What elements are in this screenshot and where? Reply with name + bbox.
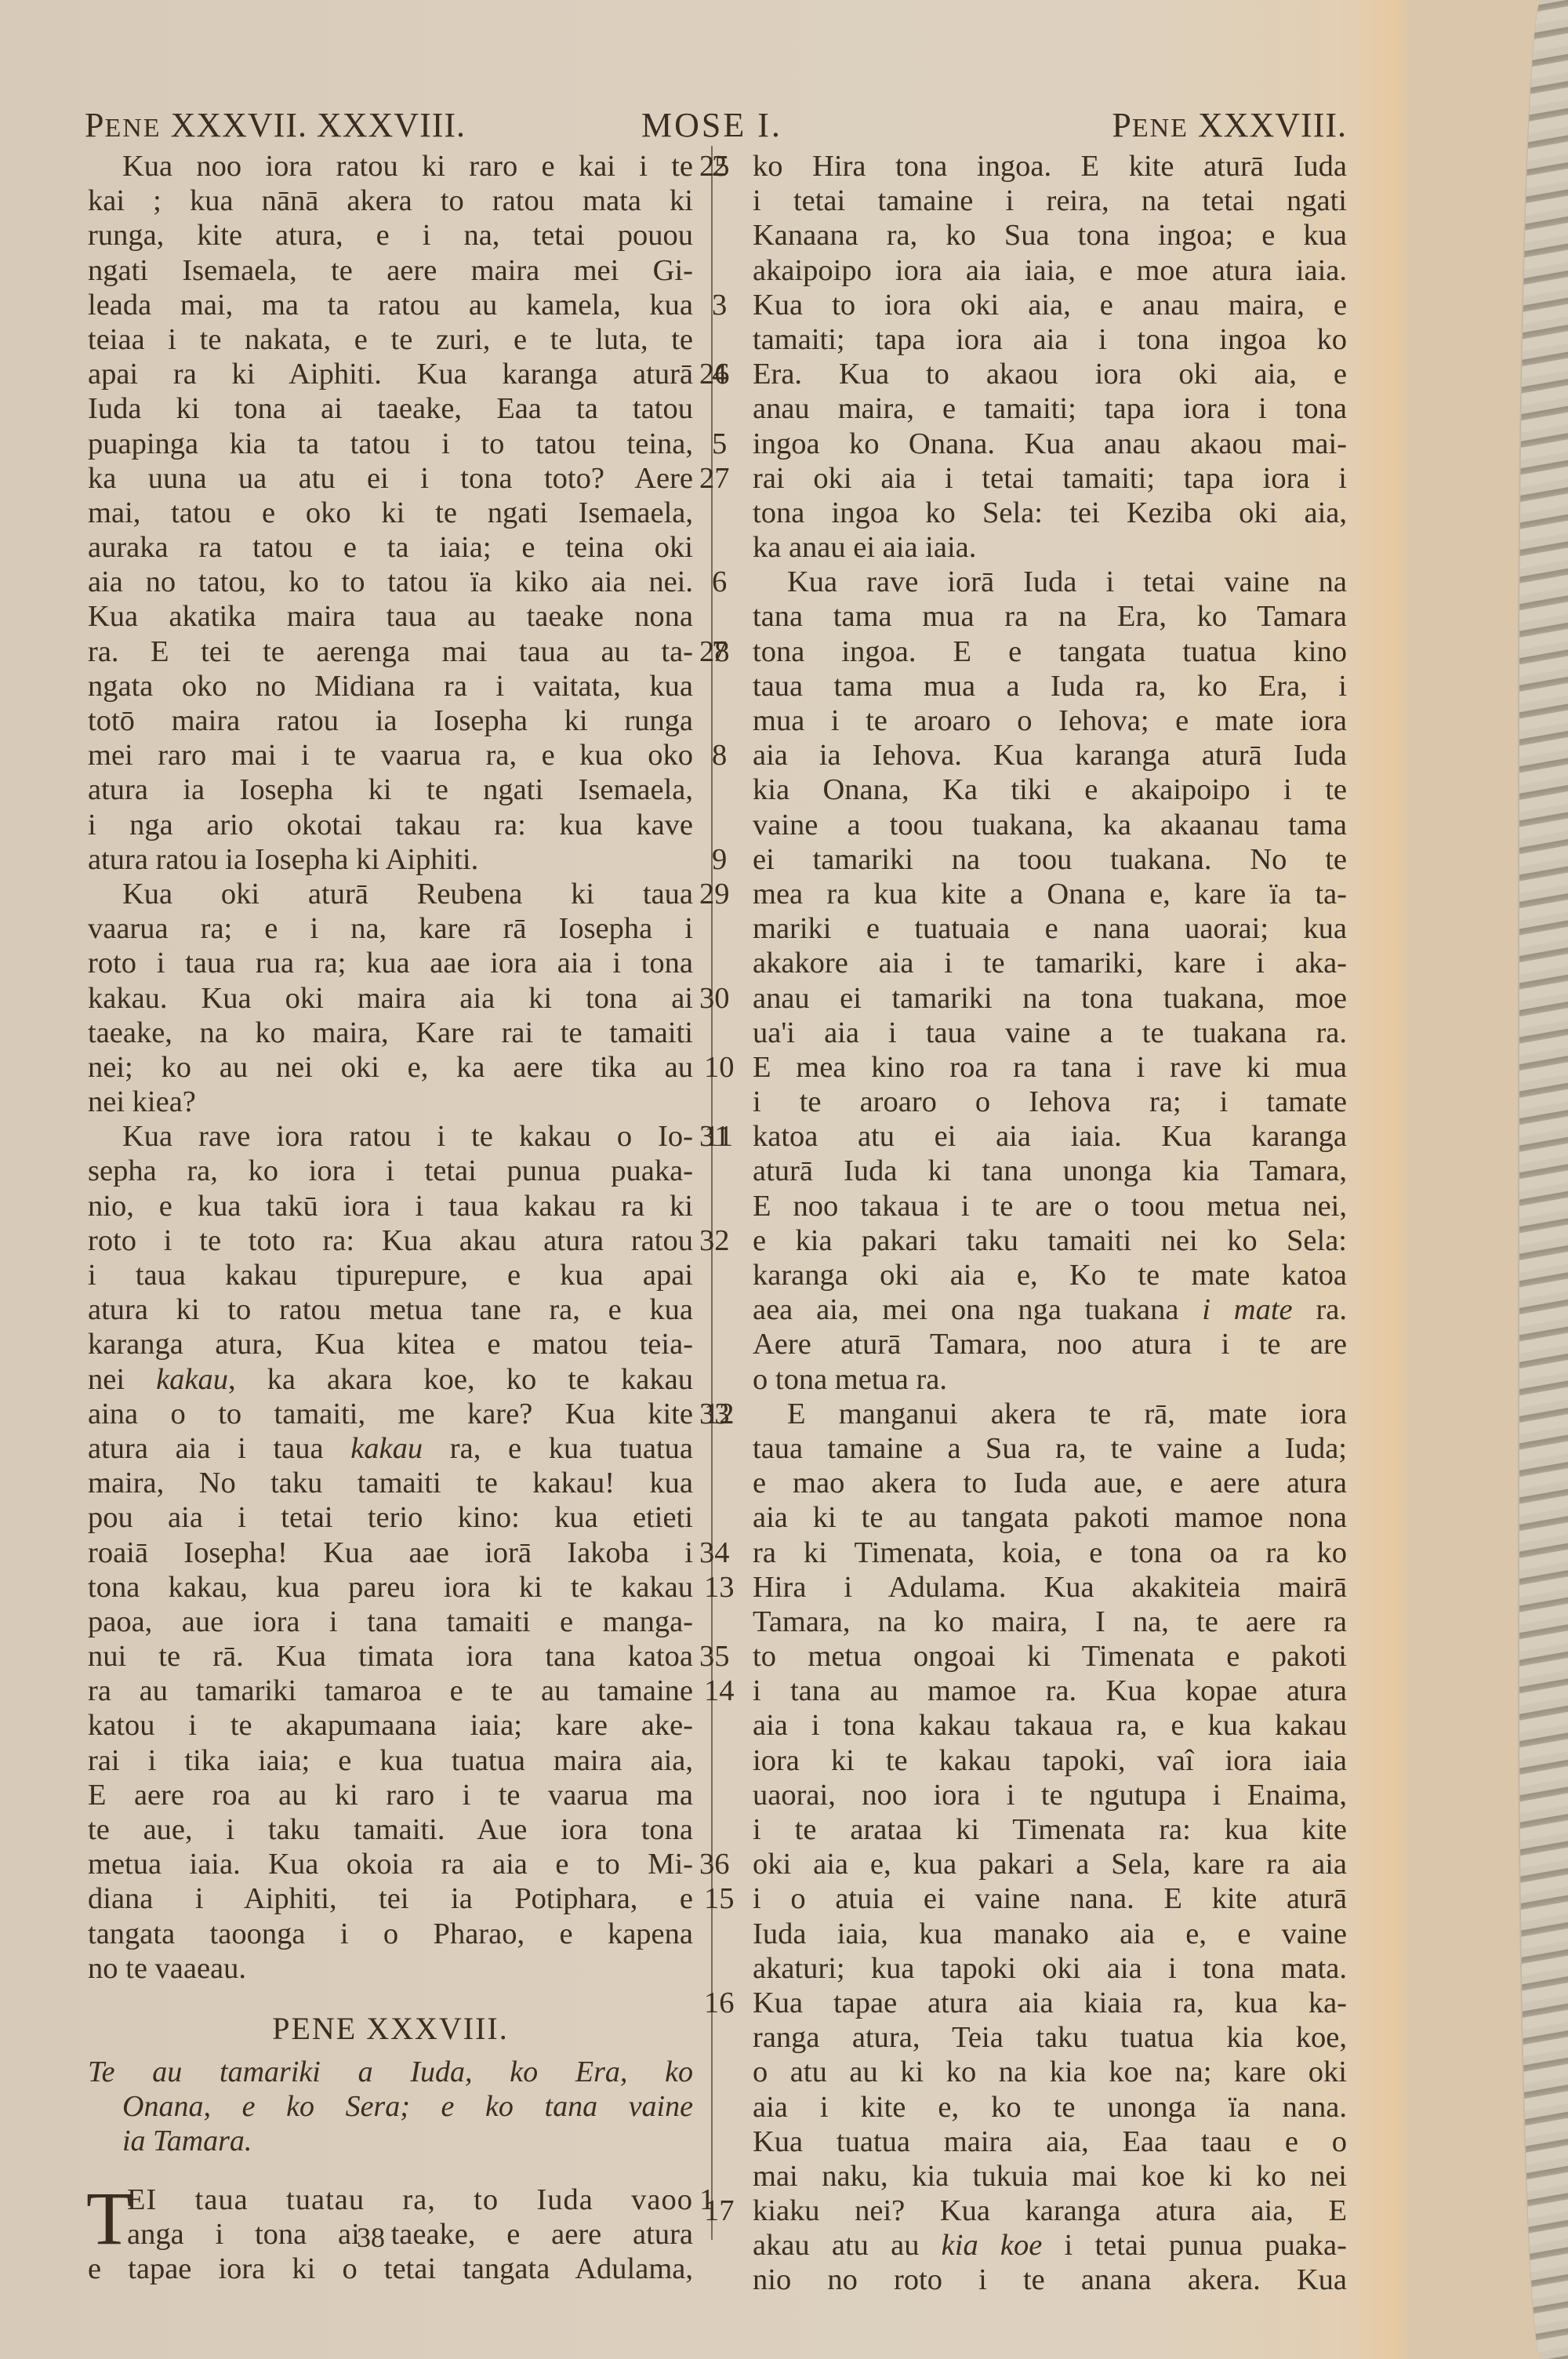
text-line: akaipoipo iora aia iaia, e moe atura iai…	[753, 253, 1347, 288]
text-line: ra ki Timenata, koia, e tona oa ra ko	[753, 1536, 1347, 1570]
text-line: atura ratou ia Iosepha ki Aiphiti.	[88, 842, 693, 877]
text-line: Aere aturā Tamara, noo atura i te are	[753, 1327, 1347, 1361]
italic-emphasis: kakau	[156, 1363, 228, 1396]
verse-line: aia ia Iehova. Kua karanga aturā Iuda8	[753, 738, 1347, 772]
line-text: kiaku nei? Kua karanga atura aia, E	[753, 2194, 1347, 2228]
text-line: nio, e kua takū iora i taua kakau ra ki	[88, 1189, 693, 1223]
line-text: iora ki te kakau tapoki, vaî iora iaia	[753, 1743, 1347, 1778]
text-line: tangata taoonga i o Pharao, e kapena	[88, 1917, 693, 1951]
text-line: roto i taua rua ra; kua aae iora aia i t…	[88, 946, 693, 980]
text-line: kai ; kua nānā akera to ratou mata ki	[88, 184, 693, 218]
line-text: Hira i Adulama. Kua akakiteia mairā	[753, 1570, 1347, 1605]
right-column: ko Hira tona ingoa. E kite aturā Iuda2i …	[753, 149, 1347, 2298]
text-line: tona ingoa ko Sela: tei Keziba oki aia,	[753, 496, 1347, 530]
text-line: tona kakau, kua pareu iora ki te kakau	[88, 1570, 693, 1605]
line-text: aia no tatou, ko to tatou ïa kiko aia ne…	[88, 565, 693, 599]
line-text: anga i tona ai taeake, e aere atura	[127, 2217, 693, 2252]
line-text: Kua rave iora ratou i te kakau o Io-	[122, 1119, 693, 1154]
verse-line: ko Hira tona ingoa. E kite aturā Iuda2	[753, 149, 1347, 184]
chapter-summary: Te au tamariki a Iuda, ko Era, koOnana, …	[88, 2055, 693, 2159]
line-text: rai oki aia i tetai tamaiti; tapa iora i	[753, 461, 1347, 496]
text-line: auraka ra tatou e ta iaia; e teina oki	[88, 530, 693, 565]
text-line: taeake, na ko maira, Kare rai te tamaiti	[88, 1016, 693, 1050]
line-text: paoa, aue iora i tana tamaiti e manga-	[88, 1605, 693, 1639]
line-text: E mea kino roa ra tana i rave ki mua	[753, 1050, 1347, 1085]
line-text: akaturi; kua tapoki oki aia i tona mata.	[753, 1951, 1347, 1986]
line-text: runga, kite atura, e i na, tetai pouou	[88, 218, 693, 253]
line-text: E aere roa au ki raro i te vaarua ma	[88, 1778, 693, 1812]
line-text: taua tamaine a Sua ra, te vaine a Iuda;	[753, 1431, 1347, 1466]
text-line: E aere roa au ki raro i te vaarua ma	[88, 1778, 693, 1812]
line-text: atura aia i taua kakau ra, e kua tuatua	[88, 1431, 693, 1466]
line-text: i tetai tamaine i reira, na tetai ngati	[753, 184, 1347, 218]
line-text: o atu au ki ko na kia koe na; kare oki	[753, 2055, 1347, 2089]
verse-number: 7	[712, 634, 743, 669]
line-text: Kua rave iorā Iuda i tetai vaine na	[787, 565, 1347, 599]
text-line: aia ki te au tangata pakoti mamoe nona	[753, 1500, 1347, 1535]
line-text: karanga oki aia e, Ko te mate katoa	[753, 1258, 1347, 1292]
text-line: karanga atura, Kua kitea e matou teia-	[88, 1327, 693, 1361]
text-line: e tapae iora ki o tetai tangata Adulama,	[88, 2252, 693, 2286]
line-text: tamaiti; tapa iora aia i tona ingoa ko	[753, 322, 1347, 357]
verse-line: i o atuia ei vaine nana. E kite aturā15	[753, 1881, 1347, 1916]
verse-number: 5	[712, 427, 743, 461]
line-text: ngati Isemaela, te aere maira mei Gi-	[88, 253, 693, 288]
verse-number: 16	[704, 1986, 743, 2020]
verse-line: Kua to iora oki aia, e anau maira, e3	[753, 288, 1347, 322]
text-line: te aue, i taku tamaiti. Aue iora tona	[88, 1812, 693, 1847]
text-line: uaorai, noo iora i te ngutupa i Enaima,	[753, 1778, 1347, 1812]
verse-line: roto i te toto ra: Kua akau atura ratou3…	[88, 1223, 693, 1258]
line-text: ko Hira tona ingoa. E kite aturā Iuda	[753, 149, 1347, 184]
right-running-head: PENE XXXVIII.	[1112, 102, 1347, 152]
line-text: apai ra ki Aiphiti. Kua karanga aturā	[88, 357, 693, 391]
line-text: teiaa i te nakata, e te zuri, e te luta,…	[88, 322, 693, 357]
verse-line: ingoa ko Onana. Kua anau akaou mai-5	[753, 427, 1347, 461]
text-line: Tamara, na ko maira, I na, te aere ra	[753, 1605, 1347, 1639]
text-line: ngati Isemaela, te aere maira mei Gi-	[88, 253, 693, 288]
text-line: anga i tona ai taeake, e aere atura	[88, 2217, 693, 2252]
line-text: mei raro mai i te vaarua ra, e kua oko	[88, 738, 693, 772]
verse-number: 29	[699, 877, 739, 911]
verse-line: apai ra ki Aiphiti. Kua karanga aturā26	[88, 357, 693, 391]
text-line: ua'i aia i taua vaine a te tuakana ra.	[753, 1016, 1347, 1050]
line-text: ngata oko no Midiana ra i vaitata, kua	[88, 669, 693, 703]
text-line: kia Onana, Ka tiki e akaipoipo i te	[753, 772, 1347, 807]
text-line: Iuda iaia, kua manako aia e, e vaine	[753, 1917, 1347, 1951]
text-line: ngata oko no Midiana ra i vaitata, kua	[88, 669, 693, 703]
line-text: Kua to iora oki aia, e anau maira, e	[753, 288, 1347, 322]
line-text: nei; ko au nei oki e, ka aere tika au	[88, 1050, 693, 1085]
line-text: akau atu au kia koe i tetai punua puaka-	[753, 2228, 1347, 2263]
line-text: aia ia Iehova. Kua karanga aturā Iuda	[753, 738, 1347, 772]
line-text: E manganui akera te rā, mate iora	[787, 1397, 1347, 1431]
text-line: anau ei tamariki na tona tuakana, moe	[753, 981, 1347, 1016]
line-text: te aue, i taku tamaiti. Aue iora tona	[88, 1812, 693, 1847]
line-text: Era. Kua to akaou iora oki aia, e	[753, 357, 1347, 391]
text-line: i taua kakau tipurepure, e kua apai	[88, 1258, 693, 1292]
line-text: Tamara, na ko maira, I na, te aere ra	[753, 1605, 1347, 1639]
verse-number: 2	[712, 149, 743, 184]
verse-line: Kua tapae atura aia kiaia ra, kua ka-16	[753, 1986, 1347, 2020]
verse-number: 13	[704, 1570, 743, 1605]
verse-number: 8	[712, 738, 743, 772]
line-text: kia Onana, Ka tiki e akaipoipo i te	[753, 772, 1347, 807]
text-line: tana tama mua ra na Era, ko Tamara	[753, 599, 1347, 634]
line-text: atura ratou ia Iosepha ki Aiphiti.	[88, 842, 693, 877]
line-text: Kua noo iora ratou ki raro e kai i te	[122, 149, 693, 184]
text-line: i tetai tamaine i reira, na tetai ngati	[753, 184, 1347, 218]
verse-line: ra. E tei te aerenga mai taua au ta-28	[88, 634, 693, 669]
verse-line: kiaku nei? Kua karanga atura aia, E17	[753, 2194, 1347, 2228]
text-line: aturā Iuda ki tana unonga kia Tamara,	[753, 1154, 1347, 1188]
line-text: e kia pakari taku tamaiti nei ko Sela:	[753, 1223, 1347, 1258]
line-text: ka uuna ua atu ei i tona toto? Aere	[88, 461, 693, 496]
verse-line: aina o to tamaiti, me kare? Kua kite33	[88, 1397, 693, 1431]
line-text: ka anau ei aia iaia.	[753, 530, 1347, 565]
text-line: o tona metua ra.	[753, 1362, 1347, 1397]
text-line: aia i kite e, ko te unonga ïa nana.	[753, 2090, 1347, 2125]
line-text: taua tama mua a Iuda ra, ko Era, i	[753, 669, 1347, 703]
text-line: totō maira ratou ia Iosepha ki runga	[88, 703, 693, 738]
line-text: tona ingoa. E e tangata tuatua kino	[753, 634, 1347, 669]
line-text: Kua akatika maira taua au taeake nona	[88, 599, 693, 634]
line-text: ra au tamariki tamaroa e te au tamaine	[88, 1674, 693, 1708]
line-text: oki aia e, kua pakari a Sela, kare ra ai…	[753, 1847, 1347, 1881]
line-text: aina o to tamaiti, me kare? Kua kite	[88, 1397, 693, 1431]
line-text: puapinga kia ta tatou i to tatou teina,	[88, 427, 693, 461]
text-line: i te arataa ki Timenata ra: kua kite	[753, 1812, 1347, 1847]
line-text: katou i te akapumaana iaia; kare ake-	[88, 1708, 693, 1743]
line-text: Kua tapae atura aia kiaia ra, kua ka-	[753, 1986, 1347, 2020]
verse-line: Kua rave iorā Iuda i tetai vaine na6	[753, 565, 1347, 599]
text-line: ranga atura, Teia taku tuatua kia koe,	[753, 2020, 1347, 2055]
line-text: atura ki to ratou metua tane ra, e kua	[88, 1292, 693, 1327]
line-text: i te aroaro o Iehova ra; i tamate	[753, 1085, 1347, 1119]
line-text: aia ki te au tangata pakoti mamoe nona	[753, 1500, 1347, 1535]
page-edge-stack	[1518, 0, 1568, 2359]
text-line: leada mai, ma ta ratou au kamela, kua	[88, 288, 693, 322]
text-line: taua tama mua a Iuda ra, ko Era, i	[753, 669, 1347, 703]
text-line: no te vaaeau.	[88, 1951, 693, 1986]
verse-number: 32	[699, 1223, 739, 1258]
line-text: akaipoipo iora aia iaia, e moe atura iai…	[753, 253, 1347, 288]
text-line: ka anau ei aia iaia.	[753, 530, 1347, 565]
text-line: akaturi; kua tapoki oki aia i tona mata.	[753, 1951, 1347, 1986]
line-text: tangata taoonga i o Pharao, e kapena	[88, 1917, 693, 1951]
line-text: anau ei tamariki na tona tuakana, moe	[753, 981, 1347, 1016]
verse-number: 35	[699, 1639, 739, 1674]
line-text: Iuda iaia, kua manako aia e, e vaine	[753, 1917, 1347, 1951]
text-line: nei kakau, ka akara koe, ko te kakau	[88, 1362, 693, 1397]
line-text: kakau. Kua oki maira aia ki tona ai	[88, 981, 693, 1016]
text-line: nio no roto i te anana akera. Kua	[753, 2263, 1347, 2297]
page-number: 38	[357, 2221, 385, 2254]
text-line: nei; ko au nei oki e, ka aere tika au	[88, 1050, 693, 1085]
text-line: Kua akatika maira taua au taeake nona	[88, 599, 693, 634]
line-text: rai i tika iaia; e kua tuatua maira aia,	[88, 1743, 693, 1778]
text-line: aea aia, mei ona nga tuakana i mate ra.	[753, 1292, 1347, 1327]
verse-number: 11	[704, 1119, 743, 1154]
summary-line: Te au tamariki a Iuda, ko Era, ko	[88, 2055, 693, 2089]
verse-number: 36	[699, 1847, 739, 1881]
text-line: mariki e tuatuaia e nana uaorai; kua	[753, 911, 1347, 946]
line-text: EI taua tuatau ra, to Iuda vaoo	[127, 2183, 693, 2217]
line-text: tana tama mua ra na Era, ko Tamara	[753, 599, 1347, 634]
verse-number: 15	[704, 1881, 743, 1916]
line-text: ingoa ko Onana. Kua anau akaou mai-	[753, 427, 1347, 461]
text-line: rai i tika iaia; e kua tuatua maira aia,	[88, 1743, 693, 1778]
line-text: tona kakau, kua pareu iora ki te kakau	[88, 1570, 693, 1605]
line-text: ra ki Timenata, koia, e tona oa ra ko	[753, 1536, 1347, 1570]
line-text: ra. E tei te aerenga mai taua au ta-	[88, 634, 693, 669]
line-text: aia i tona kakau takaua ra, e kua kakau	[753, 1708, 1347, 1743]
line-text: ei tamariki na toou tuakana. No te	[753, 842, 1347, 877]
text-line: akau atu au kia koe i tetai punua puaka-	[753, 2228, 1347, 2263]
verse-line: i tana au mamoe ra. Kua kopae atura14	[753, 1674, 1347, 1708]
text-line: i nga ario okotai takau ra: kua kave	[88, 808, 693, 842]
text-line: mai, tatou e oko ki te ngati Isemaela,	[88, 496, 693, 530]
line-text: i taua kakau tipurepure, e kua apai	[88, 1258, 693, 1292]
text-line: Kanaana ra, ko Sua tona ingoa; e kua	[753, 218, 1347, 253]
verse-line: roaiā Iosepha! Kua aae iorā Iakoba i34	[88, 1536, 693, 1570]
verse-number: 14	[704, 1674, 743, 1708]
text-line: nei kiea?	[88, 1085, 693, 1119]
summary-line: ia Tamara.	[88, 2124, 693, 2158]
line-text: ua'i aia i taua vaine a te tuakana ra.	[753, 1016, 1347, 1050]
line-text: aia i kite e, ko te unonga ïa nana.	[753, 2090, 1347, 2125]
line-text: totō maira ratou ia Iosepha ki runga	[88, 703, 693, 738]
verse-line: E manganui akera te rā, mate iora12	[753, 1397, 1347, 1431]
running-head-prefix: PENE	[85, 106, 162, 144]
text-line: ra au tamariki tamaroa e te au tamaine	[88, 1674, 693, 1708]
verse-line: EI taua tuatau ra, to Iuda vaoo1	[88, 2183, 693, 2217]
verse-line: kakau. Kua oki maira aia ki tona ai30	[88, 981, 693, 1016]
text-line: e mao akera to Iuda aue, e aere atura	[753, 1466, 1347, 1500]
text-line: pou aia i tetai terio kino: kua etieti	[88, 1500, 693, 1535]
left-column: Kua noo iora ratou ki raro e kai i te25k…	[88, 149, 693, 2286]
line-text: mai naku, kia tukuia mai koe ki ko nei	[753, 2159, 1347, 2194]
running-head-prefix: PENE	[1112, 106, 1189, 144]
line-text: aea aia, mei ona nga tuakana i mate ra.	[753, 1292, 1347, 1327]
text-line: maira, No taku tamaiti te kakau! kua	[88, 1466, 693, 1500]
line-text: aturā Iuda ki tana unonga kia Tamara,	[753, 1154, 1347, 1188]
line-text: Iuda ki tona ai taeake, Eaa ta tatou	[88, 391, 693, 426]
text-line: e kia pakari taku tamaiti nei ko Sela:	[753, 1223, 1347, 1258]
italic-emphasis: kia koe	[942, 2229, 1043, 2262]
line-text: i te arataa ki Timenata ra: kua kite	[753, 1812, 1347, 1847]
line-text: Kanaana ra, ko Sua tona ingoa; e kua	[753, 218, 1347, 253]
line-text: katoa atu ei aia iaia. Kua karanga	[753, 1119, 1347, 1154]
line-text: vaine a toou tuakana, ka akaanau tama	[753, 808, 1347, 842]
text-line: Iuda ki tona ai taeake, Eaa ta tatou	[88, 391, 693, 426]
chapter-opening: TEI taua tuatau ra, to Iuda vaoo1anga i …	[88, 2183, 693, 2287]
line-text: sepha ra, ko iora i tetai punua puaka-	[88, 1154, 693, 1188]
line-text: karanga atura, Kua kitea e matou teia-	[88, 1327, 693, 1361]
line-text: nui te rā. Kua timata iora tana katoa	[88, 1639, 693, 1674]
running-head-chapters: XXXVII. XXXVIII.	[171, 106, 466, 144]
line-text: i o atuia ei vaine nana. E kite aturā	[753, 1881, 1347, 1916]
text-line: puapinga kia ta tatou i to tatou teina,	[88, 427, 693, 461]
text-line: tamaiti; tapa iora aia i tona ingoa ko	[753, 322, 1347, 357]
text-line: aia no tatou, ko to tatou ïa kiko aia ne…	[88, 565, 693, 599]
summary-line: Onana, e ko Sera; e ko tana vaine	[88, 2089, 693, 2124]
text-line: atura ia Iosepha ki te ngati Isemaela,	[88, 772, 693, 807]
line-text: tona ingoa ko Sela: tei Keziba oki aia,	[753, 496, 1347, 530]
text-line: o atu au ki ko na kia koe na; kare oki	[753, 2055, 1347, 2089]
line-text: no te vaaeau.	[88, 1951, 693, 1986]
verse-line: ka uuna ua atu ei i tona toto? Aere27	[88, 461, 693, 496]
text-line: mei raro mai i te vaarua ra, e kua oko	[88, 738, 693, 772]
line-text: nio no roto i te anana akera. Kua	[753, 2263, 1347, 2297]
line-text: akakore aia i te tamariki, kare i aka-	[753, 946, 1347, 980]
verse-line: tona ingoa. E e tangata tuatua kino7	[753, 634, 1347, 669]
line-text: metua iaia. Kua okoia ra aia e to Mi-	[88, 1847, 693, 1881]
line-text: anau maira, e tamaiti; tapa iora i tona	[753, 391, 1347, 426]
verse-line: katoa atu ei aia iaia. Kua karanga11	[753, 1119, 1347, 1154]
italic-emphasis: kakau	[350, 1432, 423, 1465]
line-text: i tana au mamoe ra. Kua kopae atura	[753, 1674, 1347, 1708]
line-text: auraka ra tatou e ta iaia; e teina oki	[88, 530, 693, 565]
left-running-head: PENE XXXVII. XXXVIII.	[85, 102, 466, 152]
line-text: leada mai, ma ta ratou au kamela, kua	[88, 288, 693, 322]
line-text: atura ia Iosepha ki te ngati Isemaela,	[88, 772, 693, 807]
line-text: Kua tuatua maira aia, Eaa taau e o	[753, 2125, 1347, 2159]
text-line: mea ra kua kite a Onana e, kare ïa ta-	[753, 877, 1347, 911]
line-text: Aere aturā Tamara, noo atura i te are	[753, 1327, 1347, 1361]
verse-line: ei tamariki na toou tuakana. No te9	[753, 842, 1347, 877]
line-text: uaorai, noo iora i te ngutupa i Enaima,	[753, 1778, 1347, 1812]
line-text: roaiā Iosepha! Kua aae iorā Iakoba i	[88, 1536, 693, 1570]
verse-line: nui te rā. Kua timata iora tana katoa35	[88, 1639, 693, 1674]
line-text: mai, tatou e oko ki te ngati Isemaela,	[88, 496, 693, 530]
verse-number: 30	[699, 981, 739, 1016]
line-text: maira, No taku tamaiti te kakau! kua	[88, 1466, 693, 1500]
verse-number: 9	[712, 842, 743, 877]
italic-emphasis: i mate	[1202, 1293, 1292, 1326]
text-line: atura aia i taua kakau ra, e kua tuatua	[88, 1431, 693, 1466]
line-text: nei kiea?	[88, 1085, 693, 1119]
text-line: atura ki to ratou metua tane ra, e kua	[88, 1292, 693, 1327]
line-text: e tapae iora ki o tetai tangata Adulama,	[88, 2252, 693, 2286]
line-text: o tona metua ra.	[753, 1362, 1347, 1397]
verse-line: Era. Kua to akaou iora oki aia, e4	[753, 357, 1347, 391]
line-text: pou aia i tetai terio kino: kua etieti	[88, 1500, 693, 1535]
text-line: katou i te akapumaana iaia; kare ake-	[88, 1708, 693, 1743]
running-head-chapters: XXXVIII.	[1198, 106, 1347, 144]
verse-line: Kua noo iora ratou ki raro e kai i te25	[88, 149, 693, 184]
verse-line: Hira i Adulama. Kua akakiteia mairā13	[753, 1570, 1347, 1605]
line-text: roto i taua rua ra; kua aae iora aia i t…	[88, 946, 693, 980]
book-title: MOSE I.	[641, 102, 782, 149]
verse-number: 4	[712, 357, 743, 391]
text-line: vaine a toou tuakana, ka akaanau tama	[753, 808, 1347, 842]
line-text: mua i te aroaro o Iehova; e mate iora	[753, 703, 1347, 738]
verse-line: E mea kino roa ra tana i rave ki mua10	[753, 1050, 1347, 1085]
verse-number: 3	[712, 288, 743, 322]
verse-line: metua iaia. Kua okoia ra aia e to Mi-36	[88, 1847, 693, 1881]
text-line: oki aia e, kua pakari a Sela, kare ra ai…	[753, 1847, 1347, 1881]
text-line: vaarua ra; e i na, kare rā Iosepha i	[88, 911, 693, 946]
verse-number: 10	[704, 1050, 743, 1085]
verse-number: 6	[712, 565, 743, 599]
text-line: paoa, aue iora i tana tamaiti e manga-	[88, 1605, 693, 1639]
line-text: Kua oki aturā Reubena ki taua	[122, 877, 693, 911]
line-text: taeake, na ko maira, Kare rai te tamaiti	[88, 1016, 693, 1050]
line-text: mea ra kua kite a Onana e, kare ïa ta-	[753, 877, 1347, 911]
text-line: runga, kite atura, e i na, tetai pouou	[88, 218, 693, 253]
chapter-heading: PENE XXXVIII.	[88, 1986, 693, 2055]
text-line: akakore aia i te tamariki, kare i aka-	[753, 946, 1347, 980]
text-line: diana i Aiphiti, tei ia Potiphara, e	[88, 1881, 693, 1916]
text-line: i te aroaro o Iehova ra; i tamate	[753, 1085, 1347, 1119]
line-text: ranga atura, Teia taku tuatua kia koe,	[753, 2020, 1347, 2055]
line-text: vaarua ra; e i na, kare rā Iosepha i	[88, 911, 693, 946]
text-line: mai naku, kia tukuia mai koe ki ko nei	[753, 2159, 1347, 2194]
text-line: mua i te aroaro o Iehova; e mate iora	[753, 703, 1347, 738]
line-text: nei kakau, ka akara koe, ko te kakau	[88, 1362, 693, 1397]
verse-number: 27	[699, 461, 739, 496]
text-line: taua tamaine a Sua ra, te vaine a Iuda;	[753, 1431, 1347, 1466]
text-line: karanga oki aia e, Ko te mate katoa	[753, 1258, 1347, 1292]
text-line: aia i tona kakau takaua ra, e kua kakau	[753, 1708, 1347, 1743]
text-line: teiaa i te nakata, e te zuri, e te luta,…	[88, 322, 693, 357]
verse-number: 17	[704, 2194, 743, 2228]
text-line: sepha ra, ko iora i tetai punua puaka-	[88, 1154, 693, 1188]
text-line: to metua ongoai ki Timenata e pakoti	[753, 1639, 1347, 1674]
running-header: PENE XXXVII. XXXVIII. MOSE I. PENE XXXVI…	[85, 102, 1347, 149]
text-line: anau maira, e tamaiti; tapa iora i tona	[753, 391, 1347, 426]
line-text: kai ; kua nānā akera to ratou mata ki	[88, 184, 693, 218]
verse-number: 34	[699, 1536, 739, 1570]
line-text: nio, e kua takū iora i taua kakau ra ki	[88, 1189, 693, 1223]
line-text: i nga ario okotai takau ra: kua kave	[88, 808, 693, 842]
verse-number: 12	[704, 1397, 743, 1431]
text-line: iora ki te kakau tapoki, vaî iora iaia	[753, 1743, 1347, 1778]
text-line: E noo takaua i te are o toou metua nei,	[753, 1189, 1347, 1223]
line-text: to metua ongoai ki Timenata e pakoti	[753, 1639, 1347, 1674]
line-text: diana i Aiphiti, tei ia Potiphara, e	[88, 1881, 693, 1916]
line-text: e mao akera to Iuda aue, e aere atura	[753, 1466, 1347, 1500]
text-line: Kua tuatua maira aia, Eaa taau e o	[753, 2125, 1347, 2159]
line-text: E noo takaua i te are o toou metua nei,	[753, 1189, 1347, 1223]
verse-line: Kua rave iora ratou i te kakau o Io-31	[88, 1119, 693, 1154]
line-text: mariki e tuatuaia e nana uaorai; kua	[753, 911, 1347, 946]
line-text: roto i te toto ra: Kua akau atura ratou	[88, 1223, 693, 1258]
verse-line: Kua oki aturā Reubena ki taua29	[88, 877, 693, 911]
text-line: rai oki aia i tetai tamaiti; tapa iora i	[753, 461, 1347, 496]
